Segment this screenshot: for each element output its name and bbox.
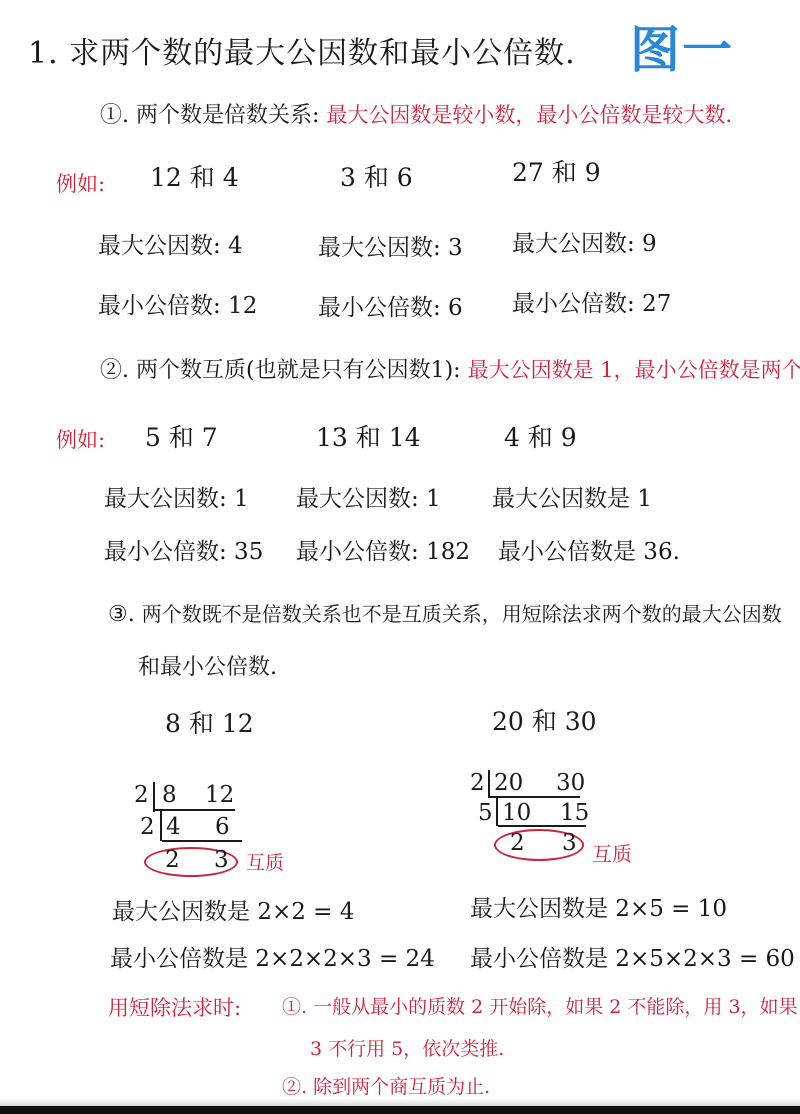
method-note-2: ②. 除到两个商互质为止.	[282, 1072, 490, 1099]
section2-marker: ②.	[100, 358, 129, 383]
s2-example3-lcm: 最小公倍数是 36.	[498, 533, 680, 566]
section3-condition-line1: 两个数既不是倍数关系也不是互质关系，用短除法求两个数的最大公因数	[142, 602, 782, 626]
section3-condition-line2: 和最小公倍数.	[138, 650, 277, 681]
s3e2-step1-bracket	[488, 770, 490, 798]
s3e1-step1-b: 12	[205, 782, 234, 808]
s2-example1-lcm: 最小公倍数: 35	[104, 533, 263, 566]
section1-condition: 两个数是倍数关系:	[136, 103, 319, 128]
method-notes-label: 用短除法求时:	[108, 992, 241, 1022]
section2-condition: 两个数互质(也就是只有公因数1):	[136, 358, 461, 383]
s3-example2-lcm: 最小公倍数是 2×5×2×3 = 60	[470, 940, 795, 973]
s1-example3-gcd: 最大公因数: 9	[512, 225, 657, 258]
s3e1-final-a: 2	[165, 847, 180, 873]
s3e2-step1-a: 20	[494, 770, 523, 796]
s1-example3-pair: 27 和 9	[512, 153, 601, 189]
s1-example2-pair: 3 和 6	[340, 158, 413, 194]
section1-rule: 最大公因数是较小数，最小公倍数是较大数.	[326, 103, 732, 127]
section1-marker: ①.	[100, 103, 129, 128]
bottom-border	[0, 1106, 800, 1114]
s3e1-step2-a: 4	[166, 814, 181, 840]
s3-example1-pair: 8 和 12	[165, 704, 254, 740]
method-note-1-line1: ①. 一般从最小的质数 2 开始除，如果 2 不能除，用 3，如果	[282, 992, 798, 1019]
method-note-1-line2: 3 不行用 5，依次类推.	[310, 1034, 504, 1061]
s3e2-step1-underline	[490, 796, 580, 798]
section1-example-label: 例如:	[56, 168, 105, 198]
s3e1-coprime-note: 互质	[246, 848, 284, 875]
section2-rule: 最大公因数是 1，最小公倍数是两个数的乘积.	[468, 358, 800, 382]
s1-example2-lcm: 最小公倍数: 6	[318, 289, 463, 322]
s2-example1-pair: 5 和 7	[145, 418, 218, 454]
s2-example2-gcd: 最大公因数: 1	[296, 480, 441, 513]
s3-example1-lcm: 最小公倍数是 2×2×2×3 = 24	[110, 940, 435, 973]
s3e2-step2-bracket	[496, 798, 498, 826]
figure-label: 图一	[630, 10, 734, 82]
s2-example2-pair: 13 和 14	[316, 418, 421, 454]
s2-example2-lcm: 最小公倍数: 182	[296, 533, 470, 566]
s3e1-final-b: 3	[214, 847, 229, 873]
s3e2-step2-a: 10	[502, 800, 531, 826]
s3e2-step2-b: 15	[560, 800, 589, 826]
document-title: 1. 求两个数的最大公因数和最小公倍数.	[28, 28, 576, 72]
s1-example2-gcd: 最大公因数: 3	[318, 229, 463, 262]
s3e1-step1-a: 8	[162, 782, 177, 808]
s3e2-final-a: 2	[510, 830, 525, 856]
s2-example3-pair: 4 和 9	[504, 418, 577, 454]
s3e1-step2-underline	[162, 840, 242, 842]
s2-example1-gcd: 最大公因数: 1	[104, 480, 249, 513]
s3e2-coprime-note: 互质	[592, 838, 632, 867]
s3e1-step2-bracket	[160, 811, 162, 841]
section3-marker: ③.	[108, 602, 135, 627]
s2-example3-gcd: 最大公因数是 1	[492, 480, 652, 513]
s3-example1-gcd: 最大公因数是 2×2 = 4	[112, 893, 354, 926]
s3e2-step1-divisor: 2	[470, 770, 485, 796]
s3e1-step2-b: 6	[215, 814, 230, 840]
s3e1-step1-underline	[155, 809, 235, 811]
s3-example2-pair: 20 和 30	[492, 702, 597, 738]
section2-heading: ②. 两个数互质(也就是只有公因数1): 最大公因数是 1，最小公倍数是两个数的…	[100, 353, 800, 384]
s3e1-step1-bracket	[153, 782, 155, 812]
s3e1-step2-divisor: 2	[140, 814, 155, 840]
section2-example-label: 例如:	[56, 424, 105, 454]
section3-heading: ③. 两个数既不是倍数关系也不是互质关系，用短除法求两个数的最大公因数	[108, 598, 782, 627]
s1-example1-pair: 12 和 4	[150, 158, 239, 194]
s1-example3-lcm: 最小公倍数: 27	[512, 285, 671, 318]
s3e2-step1-b: 30	[556, 770, 585, 796]
s3e1-step1-divisor: 2	[134, 782, 149, 808]
s1-example1-lcm: 最小公倍数: 12	[98, 287, 257, 320]
s1-example1-gcd: 最大公因数: 4	[98, 227, 243, 260]
s3e2-step2-divisor: 5	[478, 800, 493, 826]
s3e2-final-b: 3	[562, 830, 577, 856]
page-edge-shadow	[0, 1098, 800, 1106]
s3e2-step2-underline	[498, 825, 586, 827]
section1-heading: ①. 两个数是倍数关系: 最大公因数是较小数，最小公倍数是较大数.	[100, 98, 732, 129]
s3-example2-gcd: 最大公因数是 2×5 = 10	[470, 890, 727, 923]
